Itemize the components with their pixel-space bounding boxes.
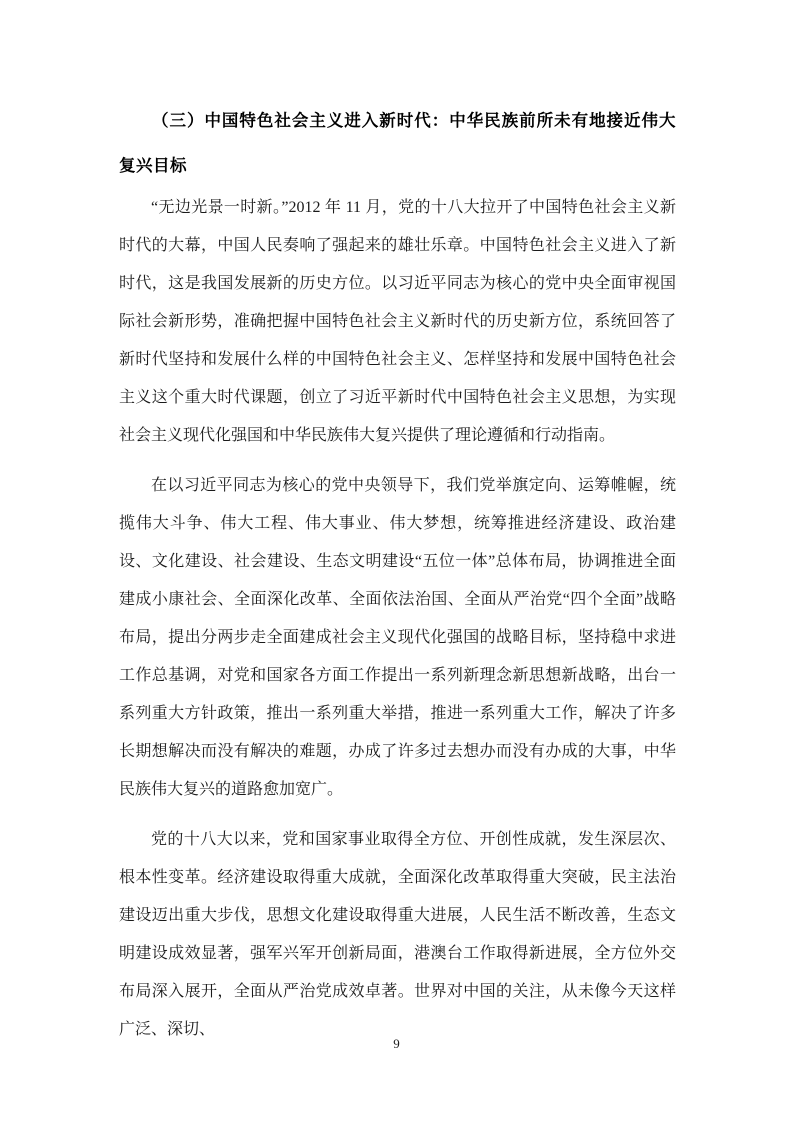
paragraph: 党的十八大以来，党和国家事业取得全方位、开创性成就，发生深层次、根本性变革。经济… <box>119 821 676 1049</box>
paragraph: “无边光景一时新。”2012 年 11 月，党的十八大拉开了中国特色社会主义新时… <box>119 189 676 455</box>
page-number: 9 <box>0 1036 793 1052</box>
document-content: （三）中国特色社会主义进入新时代：中华民族前所未有地接近伟大复兴目标 “无边光景… <box>119 99 676 1049</box>
section-heading: （三）中国特色社会主义进入新时代：中华民族前所未有地接近伟大复兴目标 <box>119 99 676 189</box>
paragraph: 在以习近平同志为核心的党中央领导下，我们党举旗定向、运筹帷幄，统揽伟大斗争、伟大… <box>119 467 676 809</box>
document-page: （三）中国特色社会主义进入新时代：中华民族前所未有地接近伟大复兴目标 “无边光景… <box>0 0 793 1122</box>
